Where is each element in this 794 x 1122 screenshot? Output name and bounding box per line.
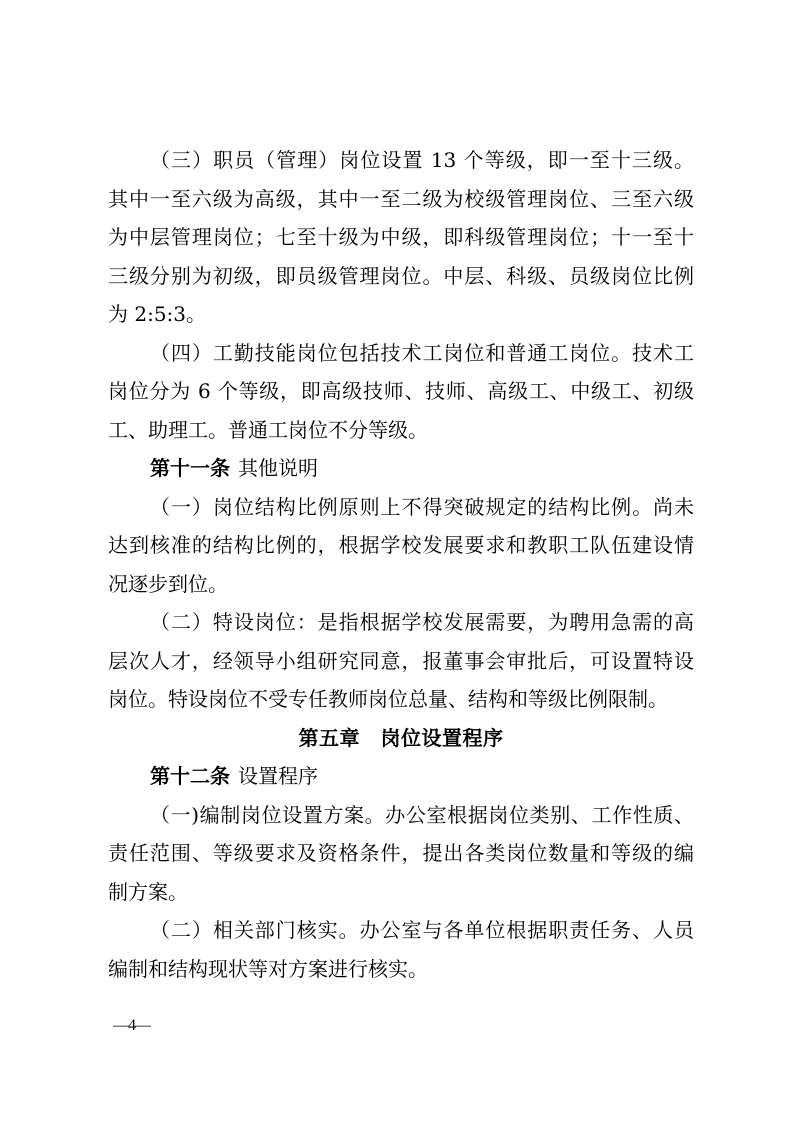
text-line: （四）工勤技能岗位包括技术工岗位和普通工岗位。技术工	[108, 334, 694, 373]
article-label: 第十一条	[150, 456, 230, 480]
text-line: （一)编制岗位设置方案。办公室根据岗位类别、工作性质、	[108, 796, 694, 835]
text-line: （二）特设岗位：是指根据学校发展需要，为聘用急需的高	[108, 603, 694, 642]
text-line: （三）职员（管理）岗位设置 13 个等级，即一至十三级。	[108, 141, 694, 180]
paragraph-skilled-worker-grades: （四）工勤技能岗位包括技术工岗位和普通工岗位。技术工 岗位分为 6 个等级，即高…	[108, 334, 694, 450]
text-line: 三级分别为初级，即员级管理岗位。中层、科级、员级岗位比例	[108, 257, 694, 296]
paragraph-management-grades: （三）职员（管理）岗位设置 13 个等级，即一至十三级。 其中一至六级为高级，其…	[108, 141, 694, 334]
text-line: 达到核准的结构比例的，根据学校发展要求和教职工队伍建设情	[108, 526, 694, 565]
text-line: 工、助理工。普通工岗位不分等级。	[108, 411, 694, 450]
text-line: （一）岗位结构比例原则上不得突破规定的结构比例。尚未	[108, 488, 694, 527]
document-body: （三）职员（管理）岗位设置 13 个等级，即一至十三级。 其中一至六级为高级，其…	[108, 141, 694, 988]
article-label: 第十二条	[150, 764, 230, 788]
article-heading-11: 第十一条其他说明	[108, 449, 694, 488]
text-line: 岗位。特设岗位不受专任教师岗位总量、结构和等级比例限制。	[108, 680, 694, 719]
article-title: 其他说明	[238, 456, 318, 480]
text-line: 责任范围、等级要求及资格条件，提出各类岗位数量和等级的编	[108, 834, 694, 873]
paragraph-compile-plan: （一)编制岗位设置方案。办公室根据岗位类别、工作性质、 责任范围、等级要求及资格…	[108, 796, 694, 912]
text-line: 岗位分为 6 个等级，即高级技师、技师、高级工、中级工、初级	[108, 372, 694, 411]
text-line: 制方案。	[108, 873, 694, 912]
paragraph-special-positions: （二）特设岗位：是指根据学校发展需要，为聘用急需的高 层次人才，经领导小组研究同…	[108, 603, 694, 719]
text-line: 况逐步到位。	[108, 565, 694, 604]
article-title: 设置程序	[238, 764, 318, 788]
paragraph-structure-ratio: （一）岗位结构比例原则上不得突破规定的结构比例。尚未 达到核准的结构比例的，根据…	[108, 488, 694, 604]
text-line: 其中一至六级为高级，其中一至二级为校级管理岗位、三至六级	[108, 180, 694, 219]
text-line: 为中层管理岗位；七至十级为中级，即科级管理岗位；十一至十	[108, 218, 694, 257]
chapter-heading: 第五章 岗位设置程序	[108, 719, 694, 758]
text-line: 为 2:5:3。	[108, 295, 694, 334]
text-line: 层次人才，经领导小组研究同意，报董事会审批后，可设置特设	[108, 642, 694, 681]
article-heading-12: 第十二条设置程序	[108, 757, 694, 796]
paragraph-department-verification: （二）相关部门核实。办公室与各单位根据职责任务、人员 编制和结构现状等对方案进行…	[108, 911, 694, 988]
text-line: （二）相关部门核实。办公室与各单位根据职责任务、人员	[108, 911, 694, 950]
text-line: 编制和结构现状等对方案进行核实。	[108, 950, 694, 989]
page-number: —4—	[113, 1014, 150, 1038]
